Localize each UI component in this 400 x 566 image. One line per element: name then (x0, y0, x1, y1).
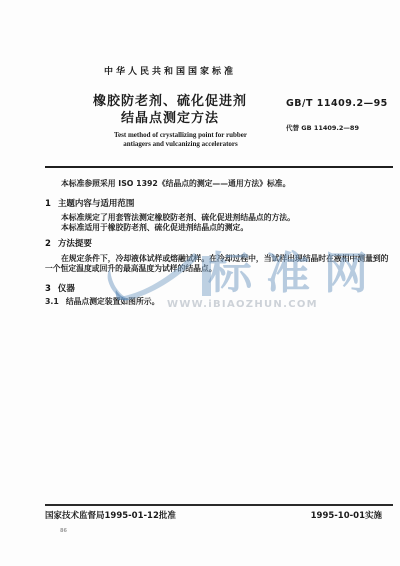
section-3-number: 3 (45, 284, 51, 294)
intro-paragraph: 本标准参照采用 ISO 1392《结晶点的测定——通用方法》标准。 (45, 179, 395, 189)
footer-divider-rule (45, 504, 393, 506)
standard-document-page: 中华人民共和国国家标准 橡胶防老剂、硫化促进剂 结晶点测定方法 Test met… (0, 0, 400, 566)
clause-3-1: 3.1结晶点测定装置如图所示。 (45, 297, 395, 307)
header-divider-rule (45, 166, 393, 168)
document-title-en-line1: Test method of crystallizing point for r… (38, 131, 323, 140)
implementation-note: 1995-10-01实施 (311, 509, 382, 521)
section-1-number: 1 (45, 199, 51, 209)
section-2-paragraph: 在规定条件下，冷却液体试样或熔融试样。在冷却过程中，当试样出现结晶时在液相中测量… (45, 254, 396, 274)
supersedes-note: 代替 GB 11409.2—89 (286, 123, 359, 132)
national-standard-label: 中华人民共和国国家标准 (45, 64, 295, 77)
page-number-note: 86 (60, 528, 67, 534)
clause-3-1-number: 3.1 (45, 297, 59, 306)
section-2-title: 方法提要 (58, 239, 92, 249)
section-1-paragraph-2: 本标准适用于橡胶防老剂、硫化促进剂结晶点的测定。 (45, 223, 395, 233)
section-3-heading: 3仪器 (45, 282, 75, 294)
document-title-cn-line2: 结晶点测定方法 (25, 107, 315, 126)
section-1-title: 主题内容与适用范围 (58, 199, 135, 209)
document-title-en-line2: antiagers and vulcanizing accelerators (38, 140, 323, 149)
section-3-title: 仪器 (58, 284, 75, 294)
standard-number: GB/T 11409.2—95 (286, 98, 388, 109)
section-2-number: 2 (45, 239, 51, 249)
section-1-paragraph-1: 本标准规定了用套管法测定橡胶防老剂、硫化促进剂结晶点的方法。 (45, 213, 395, 223)
clause-3-1-text: 结晶点测定装置如图所示。 (66, 297, 160, 306)
section-1-heading: 1主题内容与适用范围 (45, 197, 134, 209)
section-2-heading: 2方法提要 (45, 237, 92, 249)
approval-note: 国家技术监督局1995-01-12批准 (45, 509, 176, 521)
